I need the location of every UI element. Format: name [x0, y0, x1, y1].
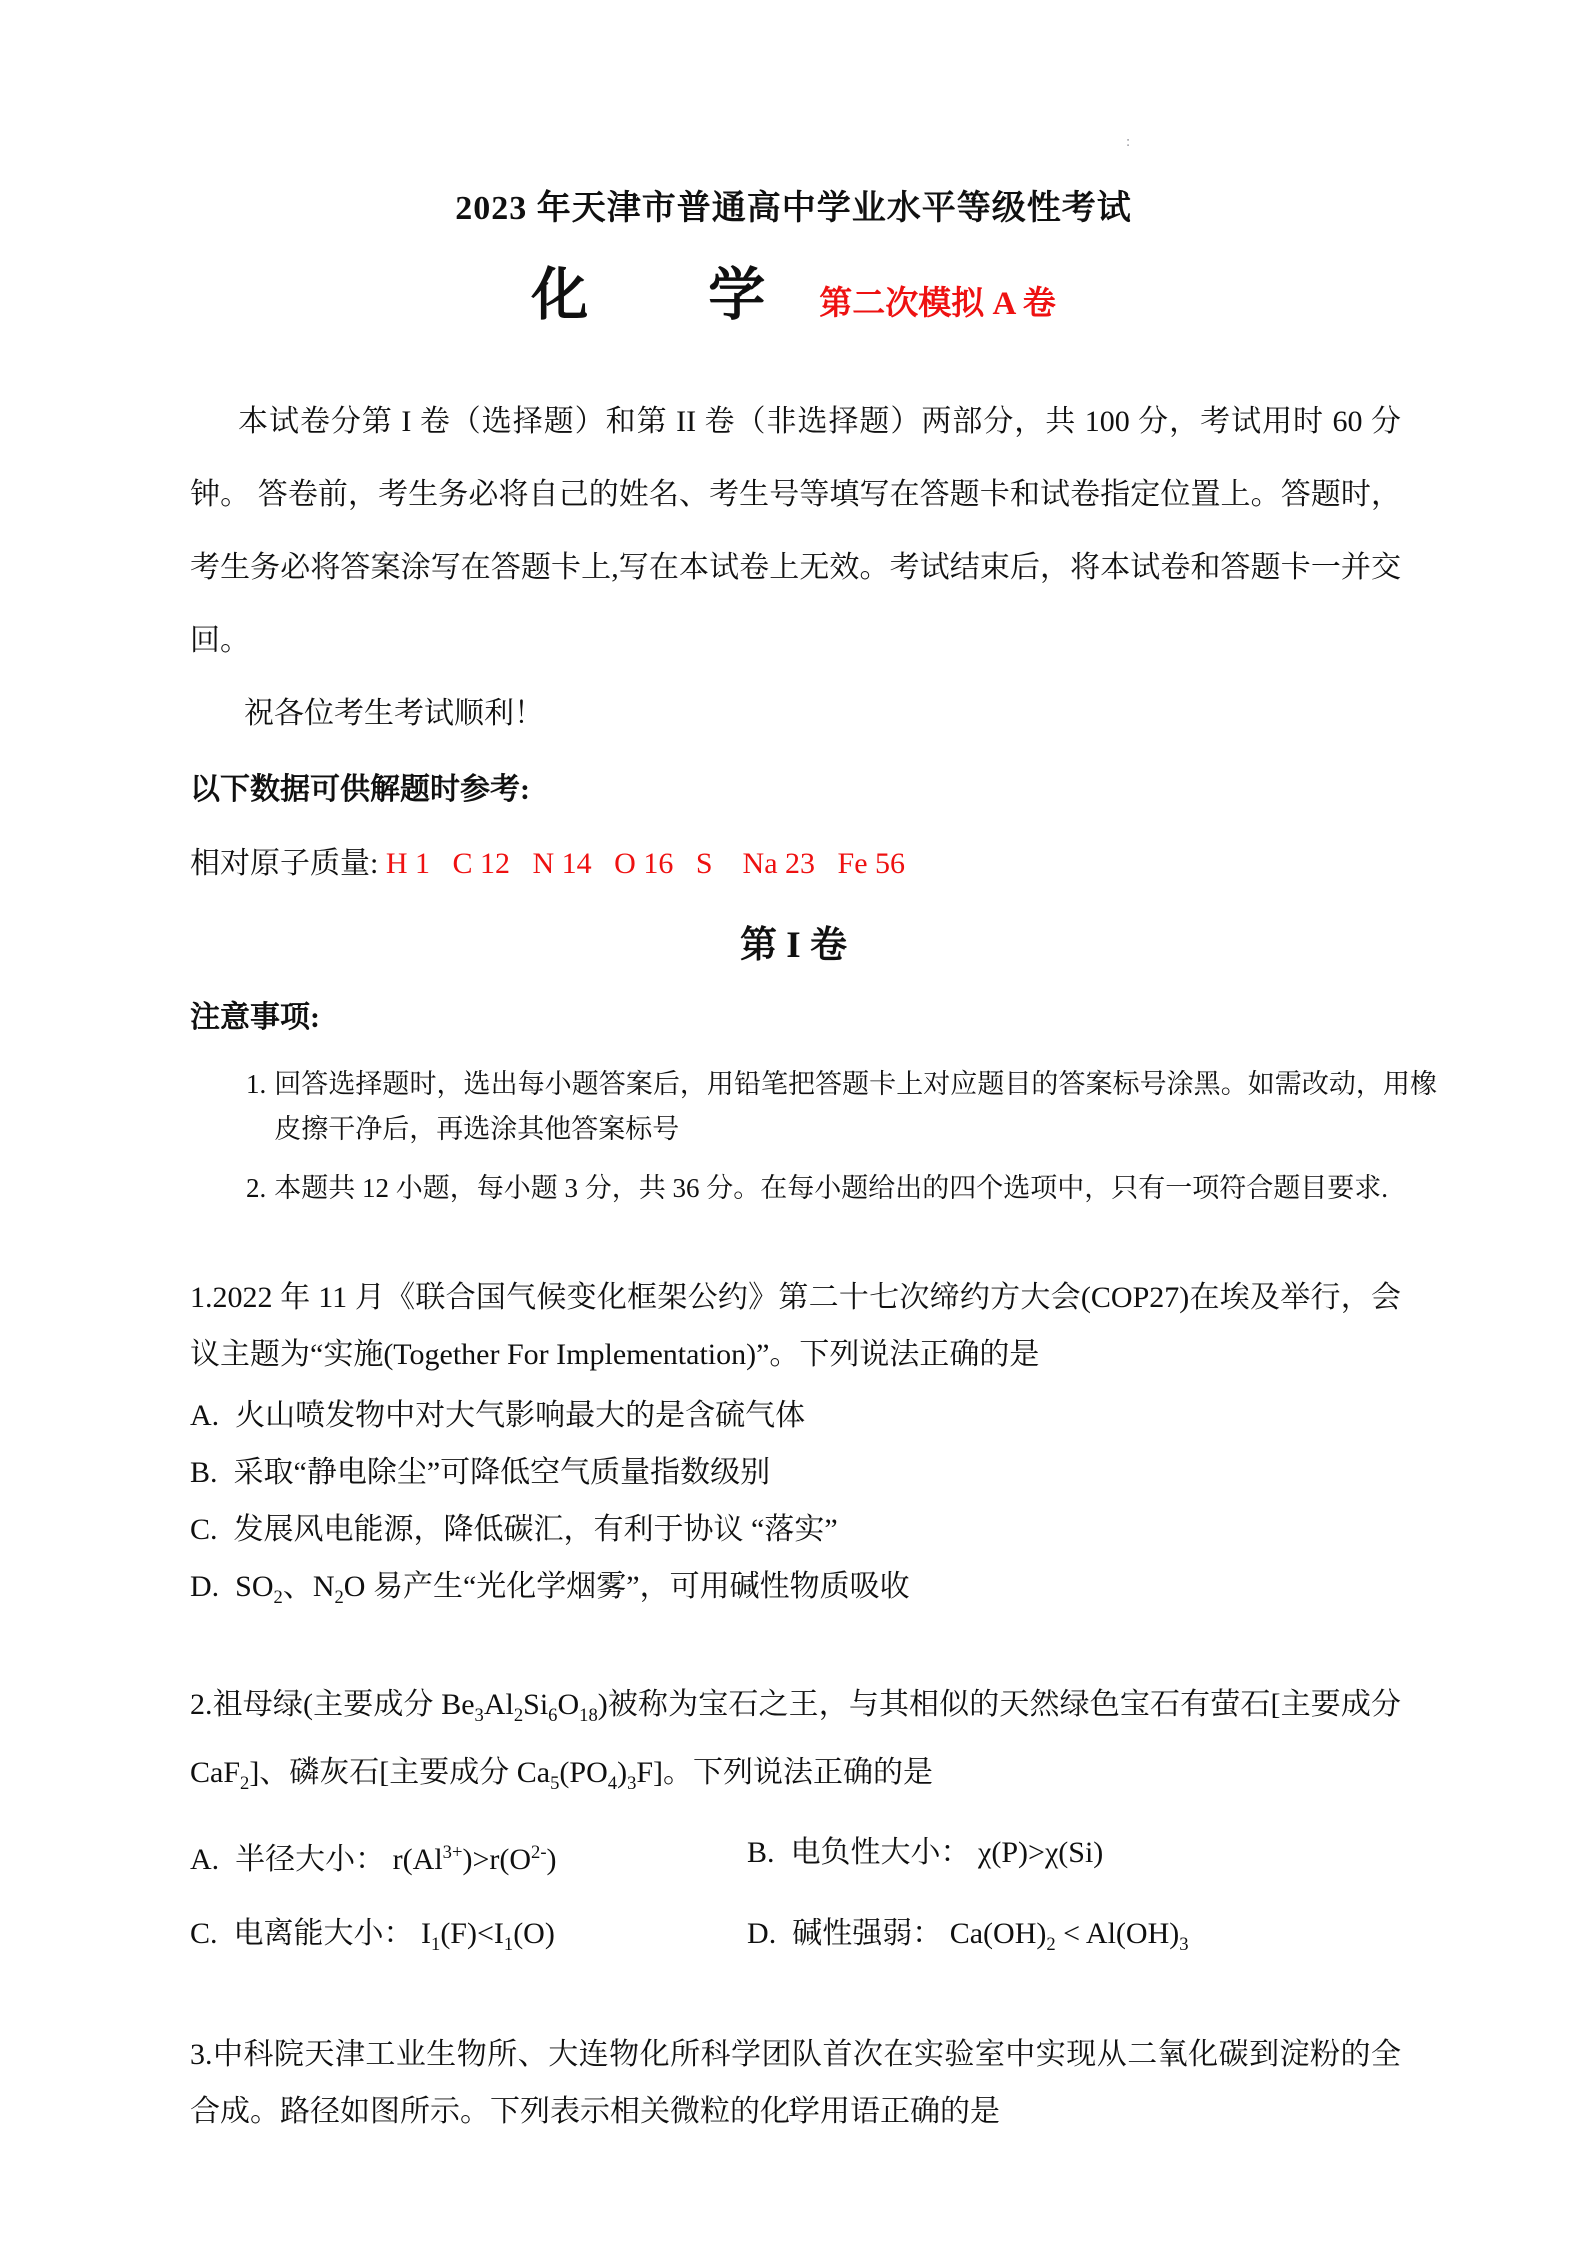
atomic-mass-label: 相对原子质量: [190, 847, 386, 880]
page-number: 1 [0, 2092, 1587, 2123]
option-key: B. [190, 1456, 218, 1489]
good-luck-line: 祝各位考生考试顺利！ [190, 677, 1401, 750]
notice-text: 本题共 12 小题，每小题 3 分，共 36 分。在每小题给出的四个选项中，只有… [274, 1166, 1437, 1211]
edition-label: 第二次模拟 A 卷 [819, 277, 1056, 324]
exam-paper-page: : 2023 年天津市普通高中学业水平等级性考试 化 学 第二次模拟 A 卷 本… [0, 0, 1587, 2245]
option-d: D.SO2、N2O 易产生“光化学烟雾”，可用碱性物质吸收 [190, 1558, 1401, 1626]
option-b: B.电负性大小： χ(P)>χ(Si) [747, 1822, 1401, 1891]
option-d: D.碱性强弱： Ca(OH)2 < Al(OH)3 [747, 1903, 1401, 1976]
question-2-options: A.半径大小： r(Al3+)>r(O2-) B.电负性大小： χ(P)>χ(S… [190, 1822, 1401, 1976]
option-text: 火山喷发物中对大气影响最大的是含硫气体 [235, 1399, 805, 1432]
option-key: C. [190, 1513, 218, 1546]
option-key: C. [190, 1917, 218, 1950]
option-text: 碱性强弱： Ca(OH)2 < Al(OH)3 [792, 1917, 1188, 1950]
subject-title: 化 学 [531, 249, 767, 331]
notice-item: 1. 回答选择题时，选出每小题答案后，用铅笔把答题卡上对应题目的答案标号涂黑。如… [246, 1062, 1437, 1152]
option-key: D. [747, 1917, 776, 1950]
subject-line: 化 学 第二次模拟 A 卷 [0, 249, 1587, 331]
question-2-stem: 2.祖母绿(主要成分 Be3Al2Si6O18)被称为宝石之王，与其相似的天然绿… [190, 1676, 1401, 1812]
reference-data-label: 以下数据可供解题时参考: [190, 768, 1401, 812]
option-text: 电负性大小： χ(P)>χ(Si) [791, 1836, 1104, 1869]
notice-heading: 注意事项: [190, 992, 1401, 1036]
question-1-stem: 1.2022 年 11 月《联合国气候变化框架公约》第二十七次缔约方大会(COP… [190, 1269, 1401, 1383]
atomic-mass-values: H 1 C 12 N 14 O 16 S Na 23 Fe 56 [386, 847, 905, 880]
option-text: SO2、N2O 易产生“光化学烟雾”，可用碱性物质吸收 [235, 1570, 909, 1603]
option-a: A.半径大小： r(Al3+)>r(O2-) [190, 1822, 747, 1891]
question-1-options: A.火山喷发物中对大气影响最大的是含硫气体 B.采取“静电除尘”可降低空气质量指… [190, 1387, 1401, 1626]
question-1: 1.2022 年 11 月《联合国气候变化框架公约》第二十七次缔约方大会(COP… [190, 1269, 1401, 1626]
notice-list: 1. 回答选择题时，选出每小题答案后，用铅笔把答题卡上对应题目的答案标号涂黑。如… [246, 1062, 1437, 1211]
option-key: A. [190, 1399, 219, 1432]
option-text: 采取“静电除尘”可降低空气质量指数级别 [234, 1456, 771, 1489]
notice-text: 回答选择题时，选出每小题答案后，用铅笔把答题卡上对应题目的答案标号涂黑。如需改动… [274, 1062, 1437, 1152]
option-text: 发展风电能源，降低碳汇，有利于协议 “落实” [234, 1513, 838, 1546]
option-text: 半径大小： r(Al3+)>r(O2-) [235, 1843, 556, 1876]
question-list: 1.2022 年 11 月《联合国气候变化框架公约》第二十七次缔约方大会(COP… [190, 1269, 1401, 2140]
notice-number: 2. [246, 1166, 266, 1211]
option-key: B. [747, 1836, 775, 1869]
option-a: A.火山喷发物中对大气影响最大的是含硫气体 [190, 1387, 1401, 1444]
atomic-mass-line: 相对原子质量: H 1 C 12 N 14 O 16 S Na 23 Fe 56 [190, 842, 1401, 886]
question-2: 2.祖母绿(主要成分 Be3Al2Si6O18)被称为宝石之王，与其相似的天然绿… [190, 1676, 1401, 1976]
notice-number: 1. [246, 1062, 266, 1152]
exam-instructions: 本试卷分第 I 卷（选择题）和第 II 卷（非选择题）两部分，共 100 分，考… [190, 385, 1401, 677]
option-c: C.电离能大小： I1(F)<I1(O) [190, 1903, 747, 1976]
section-1-title: 第 I 卷 [0, 914, 1587, 968]
notice-item: 2. 本题共 12 小题，每小题 3 分，共 36 分。在每小题给出的四个选项中… [246, 1166, 1437, 1211]
scan-artifact-mark: : [1126, 134, 1130, 151]
option-text: 电离能大小： I1(F)<I1(O) [234, 1917, 555, 1950]
option-key: A. [190, 1843, 219, 1876]
option-b: B.采取“静电除尘”可降低空气质量指数级别 [190, 1444, 1401, 1501]
exam-title: 2023 年天津市普通高中学业水平等级性考试 [0, 180, 1587, 229]
option-c: C.发展风电能源，降低碳汇，有利于协议 “落实” [190, 1501, 1401, 1558]
option-key: D. [190, 1570, 219, 1603]
